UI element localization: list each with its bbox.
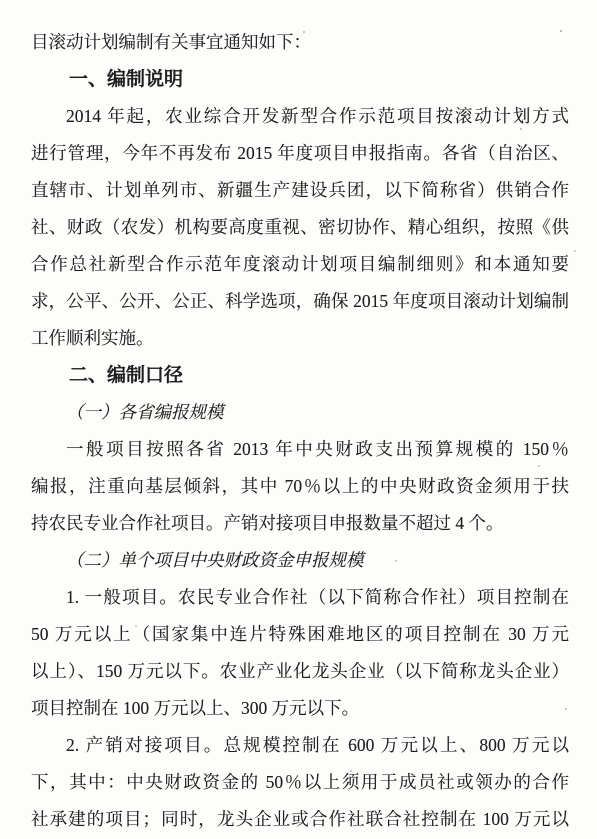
text-line: 以上）、150 万元以下。农业产业化龙头企业（以下简称龙头企业） (31, 653, 569, 690)
text-line: 社、财政（农发）机构要高度重视、密切协作、精心组织，按照《供销 (31, 209, 569, 246)
subsection-heading: （二）单个项目中央财政资金申报规模 (31, 542, 569, 579)
section-heading: 二、编制口径 (31, 357, 569, 394)
text-line: 目滚动计划编制有关事宜通知如下： (31, 24, 569, 61)
text-line: 下，其中：中央财政资金的 50％以上须用于成员社或领办的合作 (31, 764, 569, 801)
text-line: 进行管理，今年不再发布 2015 年度项目申报指南。各省（自治区、 (31, 135, 569, 172)
text-line: 项目控制在 100 万元以上、300 万元以下。 (31, 690, 569, 727)
scan-speckles (0, 0, 2, 2)
text-line: 2. 产销对接项目。总规模控制在 600 万元以上、800 万元以 (31, 727, 569, 764)
text-line: 2014 年起，农业综合开发新型合作示范项目按滚动计划方式 (31, 98, 569, 135)
text-line: 1. 一般项目。农民专业合作社（以下简称合作社）项目控制在 (31, 579, 569, 616)
text-line: 工作顺利实施。 (31, 320, 569, 357)
text-line: 直辖市、计划单列市、新疆生产建设兵团，以下简称省）供销合作 (31, 172, 569, 209)
text-line: 合作总社新型合作示范年度滚动计划项目编制细则》和本通知要 (31, 246, 569, 283)
text-line: 求，公平、公开、公正、科学选项，确保 2015 年度项目滚动计划编制 (31, 283, 569, 320)
document-page: 目滚动计划编制有关事宜通知如下：一、编制说明2014 年起，农业综合开发新型合作… (0, 0, 597, 839)
text-line: 50 万元以上（国家集中连片特殊困难地区的项目控制在 30 万元 (31, 616, 569, 653)
section-heading: 一、编制说明 (31, 61, 569, 98)
subsection-heading: （一）各省编报规模 (31, 394, 569, 431)
text-line: 一般项目按照各省 2013 年中央财政支出预算规模的 150％ (31, 431, 569, 468)
document-text-block: 目滚动计划编制有关事宜通知如下：一、编制说明2014 年起，农业综合开发新型合作… (31, 24, 569, 838)
text-line: 持农民专业合作社项目。产销对接项目申报数量不超过 4 个。 (31, 505, 569, 542)
text-line: 社承建的项目；同时，龙头企业或合作社联合社控制在 100 万元以 (31, 801, 569, 838)
text-line: 编报，注重向基层倾斜，其中 70％以上的中央财政资金须用于扶 (31, 468, 569, 505)
